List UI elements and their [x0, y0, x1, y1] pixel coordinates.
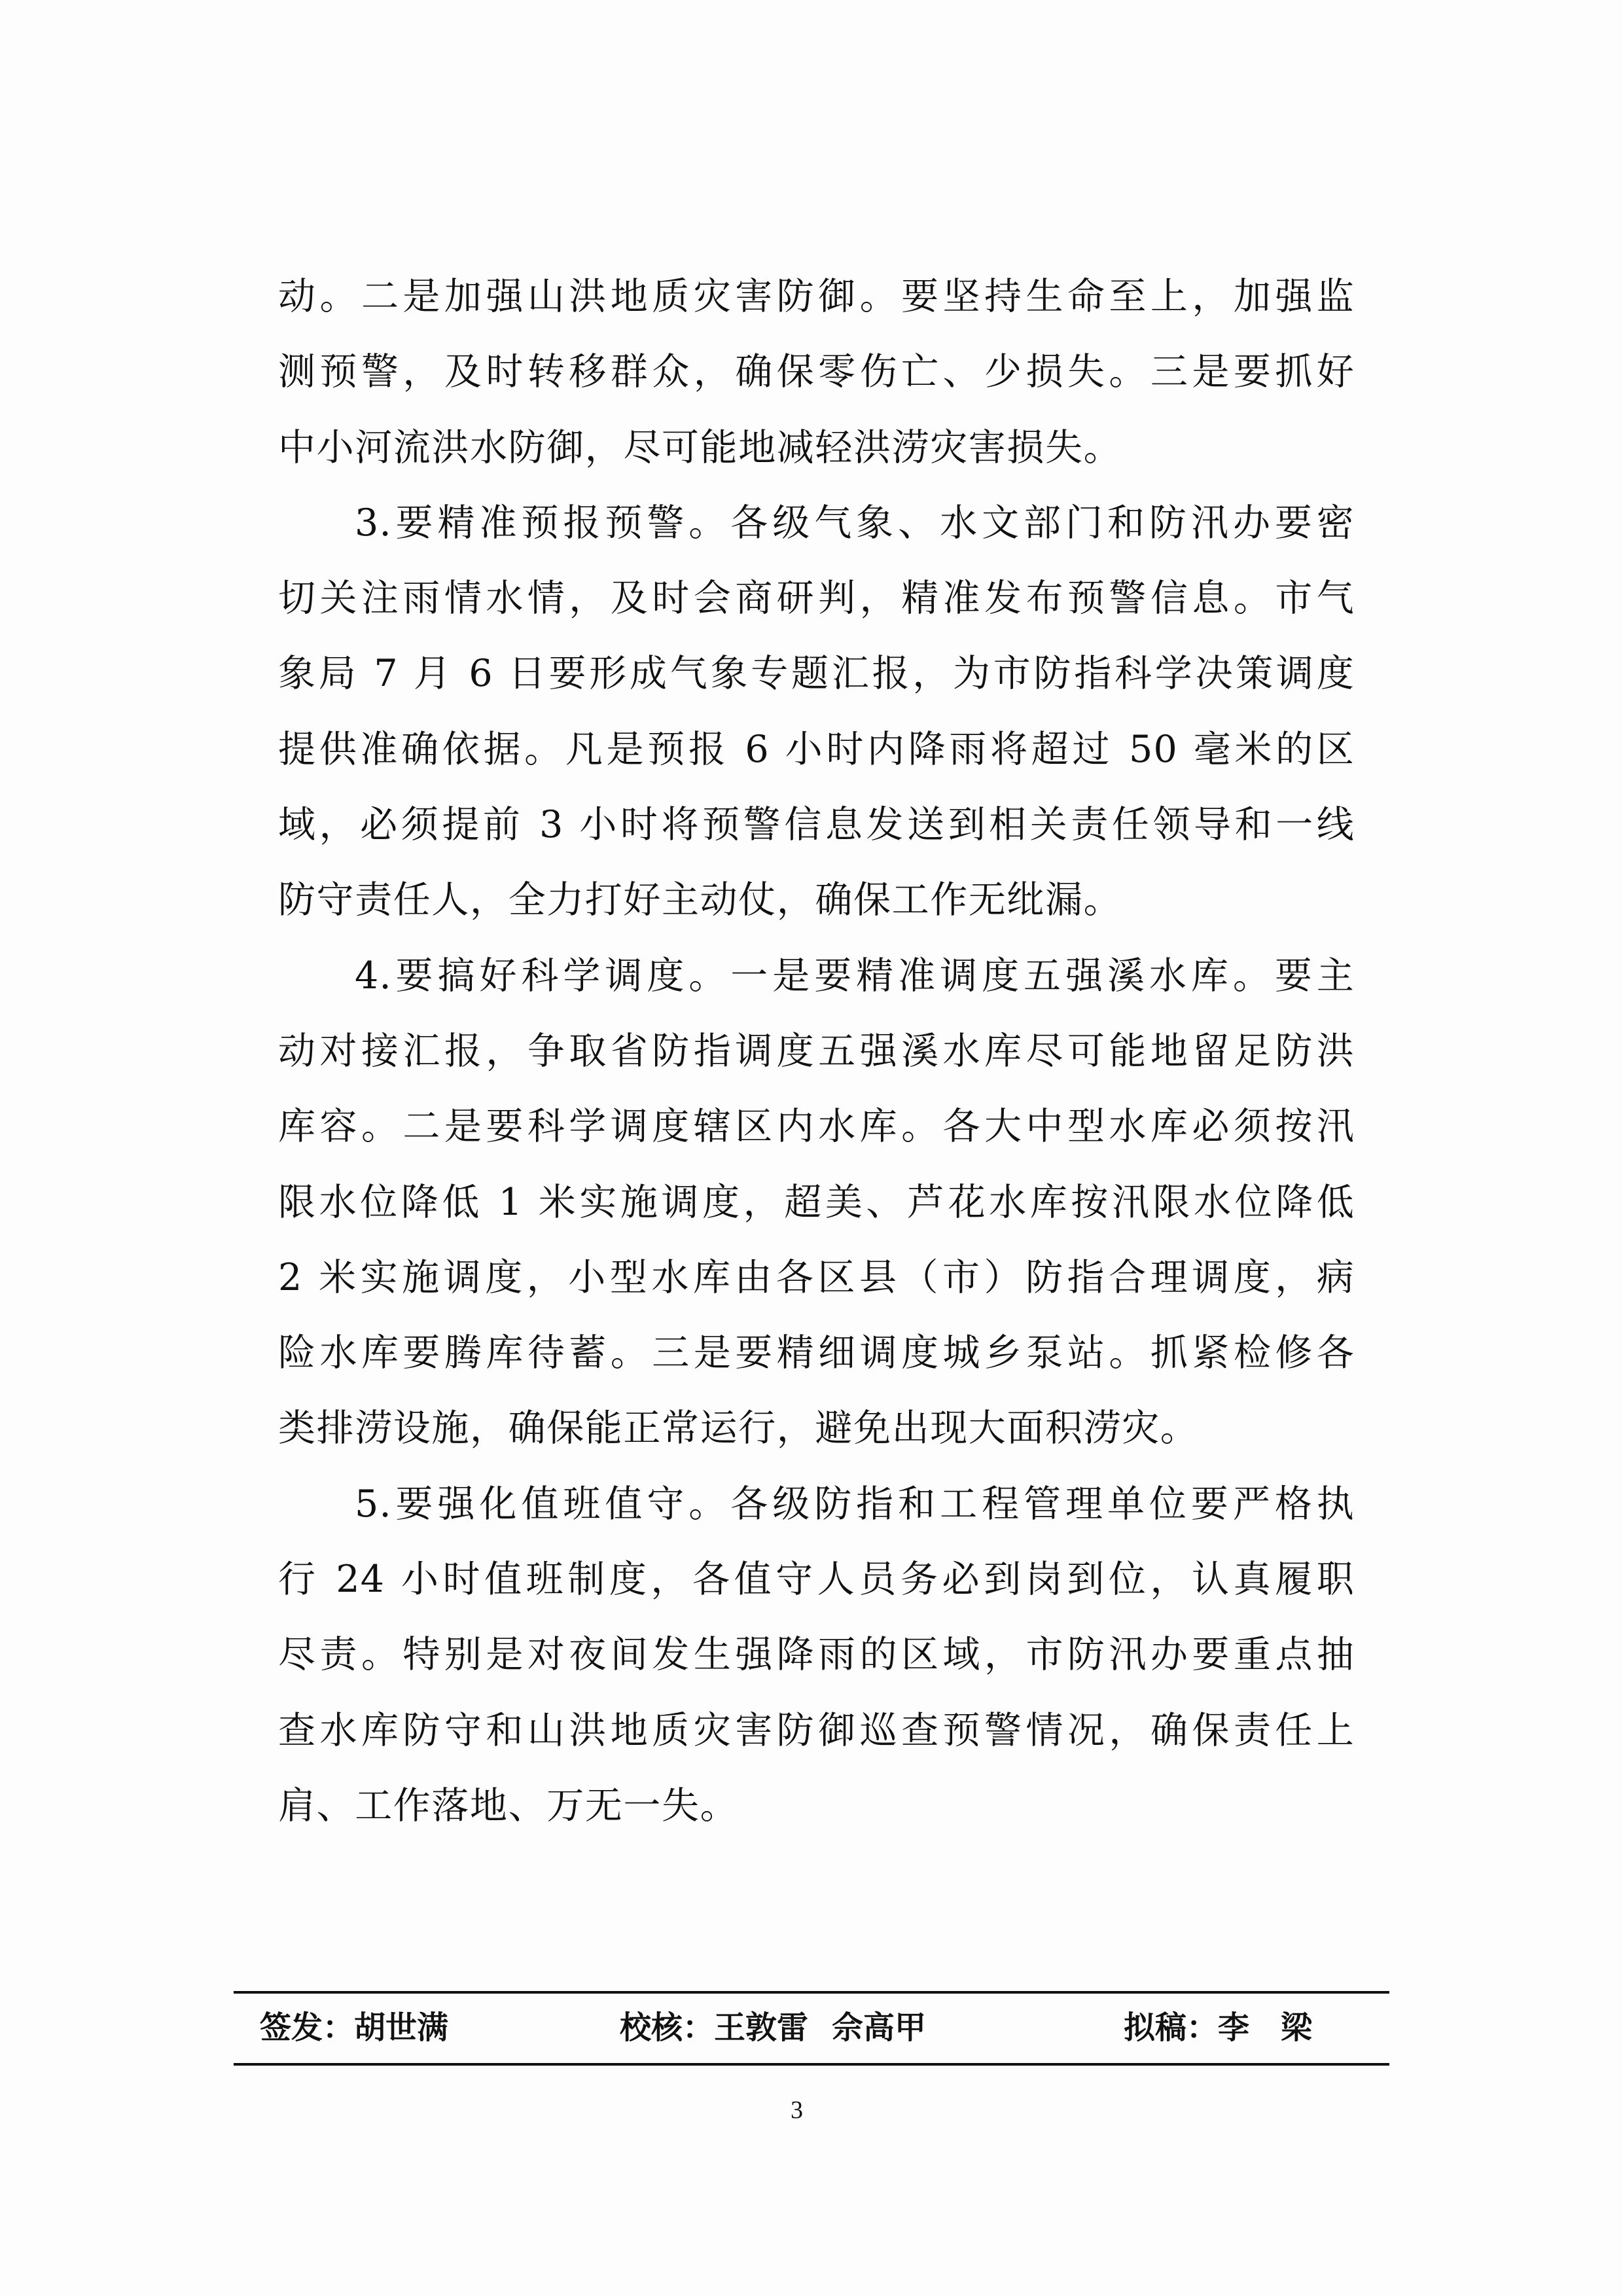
text-line: 象局 7 月 6 日要形成气象专题汇报，为市防指科学决策调度: [278, 643, 1355, 719]
text-line: 切关注雨情水情，及时会商研判，精准发布预警信息。市气: [278, 568, 1355, 643]
issuer-field: 签发：胡世满: [260, 2003, 448, 2053]
signoff-top-rule: [234, 1991, 1389, 1994]
text-line: 测预警，及时转移群众，确保零伤亡、少损失。三是要抓好: [278, 342, 1355, 417]
text-line: 险水库要腾库待蓄。三是要精细调度城乡泵站。抓紧检修各: [278, 1323, 1355, 1398]
signoff-row: 签发：胡世满 校核：王敦雷佘高甲 拟稿：李 梁: [234, 2003, 1389, 2053]
checker-name-1: 王敦雷: [714, 2009, 808, 2046]
issuer-name: 胡世满: [354, 2009, 448, 2046]
drafter-label: 拟稿：: [1124, 2009, 1218, 2046]
section-heading-line: 3.要精准预报预警。各级气象、水文部门和防汛办要密: [278, 493, 1355, 568]
body-text: 动。二是加强山洪地质灾害防御。要坚持生命至上，加强监 测预警，及时转移群众，确保…: [278, 266, 1355, 1851]
checker-name-2: 佘高甲: [832, 2009, 926, 2046]
text-line: 肩、工作落地、万无一失。: [278, 1776, 1355, 1851]
text-line: 尽责。特别是对夜间发生强降雨的区域，市防汛办要重点抽: [278, 1624, 1355, 1700]
text-line: 查水库防守和山洪地质灾害防御巡查预警情况，确保责任上: [278, 1700, 1355, 1776]
issuer-label: 签发：: [260, 2009, 354, 2046]
text-line: 提供准确依据。凡是预报 6 小时内降雨将超过 50 毫米的区: [278, 719, 1355, 795]
page-number: 3: [791, 2096, 803, 2125]
text-line: 限水位降低 1 米实施调度，超美、芦花水库按汛限水位降低: [278, 1172, 1355, 1247]
text-line: 动。二是加强山洪地质灾害防御。要坚持生命至上，加强监: [278, 266, 1355, 342]
drafter-field: 拟稿：李 梁: [1124, 2003, 1312, 2053]
section-heading-line: 4.要搞好科学调度。一是要精准调度五强溪水库。要主: [278, 946, 1355, 1021]
text-line: 中小河流洪水防御，尽可能地减轻洪涝灾害损失。: [278, 418, 1355, 493]
text-line: 防守责任人，全力打好主动仗，确保工作无纰漏。: [278, 870, 1355, 945]
document-page: 动。二是加强山洪地质灾害防御。要坚持生命至上，加强监 测预警，及时转移群众，确保…: [0, 0, 1623, 2296]
text-line: 域，必须提前 3 小时将预警信息发送到相关责任领导和一线: [278, 795, 1355, 870]
text-line: 动对接汇报，争取省防指调度五强溪水库尽可能地留足防洪: [278, 1021, 1355, 1096]
text-line: 2 米实施调度，小型水库由各区县（市）防指合理调度，病: [278, 1247, 1355, 1323]
text-line: 类排涝设施，确保能正常运行，避免出现大面积涝灾。: [278, 1398, 1355, 1473]
section-heading-line: 5.要强化值班值守。各级防指和工程管理单位要严格执: [278, 1474, 1355, 1549]
drafter-name: 李 梁: [1218, 2009, 1312, 2046]
signoff-bottom-rule: [234, 2063, 1389, 2066]
signoff-block: 签发：胡世满 校核：王敦雷佘高甲 拟稿：李 梁: [234, 1990, 1389, 2066]
checker-field: 校核：王敦雷佘高甲: [620, 2003, 926, 2053]
text-line: 库容。二是要科学调度辖区内水库。各大中型水库必须按汛: [278, 1096, 1355, 1172]
checker-label: 校核：: [620, 2009, 714, 2046]
text-line: 行 24 小时值班制度，各值守人员务必到岗到位，认真履职: [278, 1549, 1355, 1624]
